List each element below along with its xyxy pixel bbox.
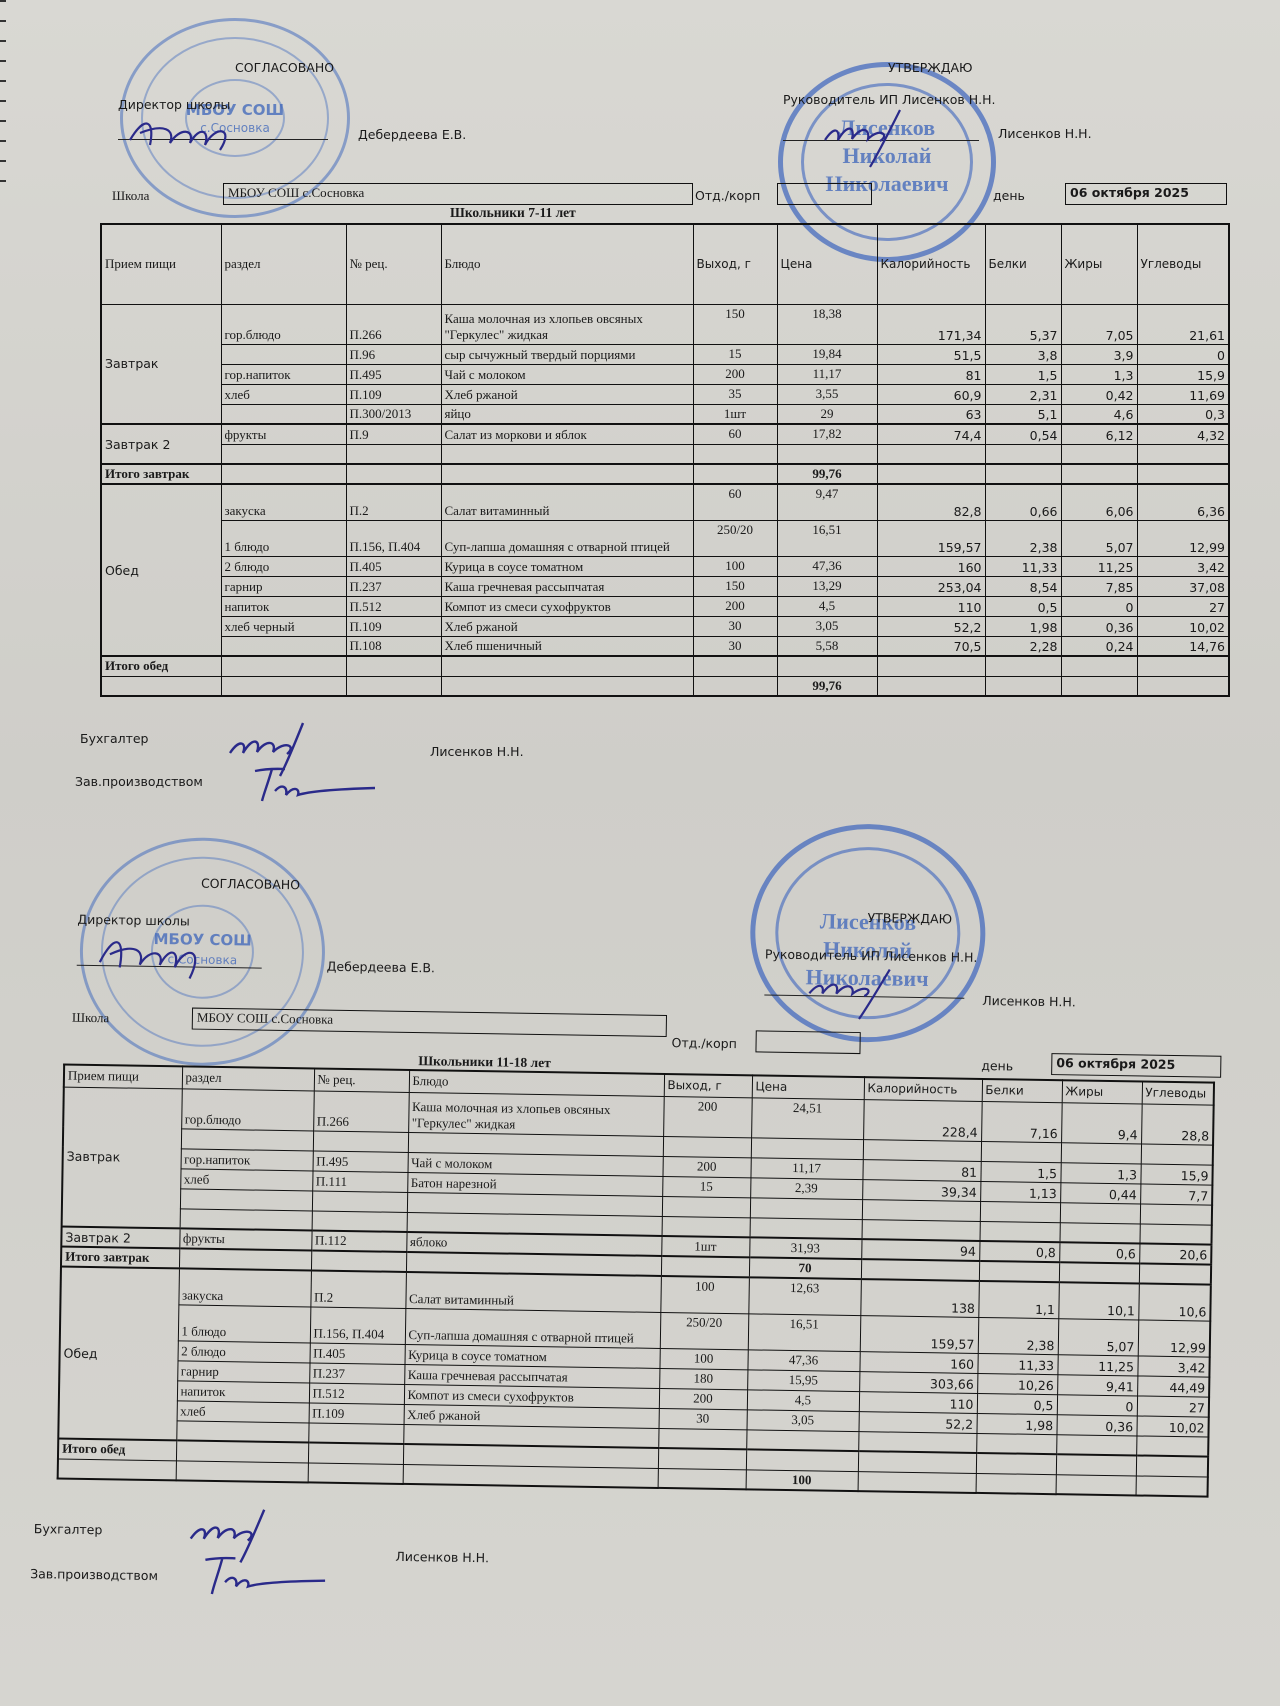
cell-yield: 15	[662, 1176, 750, 1197]
table-row: ОбедзакускаП.2Салат витаминный609,4782,8…	[101, 484, 1229, 520]
column-header: Цена	[777, 224, 877, 304]
lunch-total-label: Итого обед	[101, 656, 221, 676]
cell-kcal: 81	[862, 1159, 980, 1181]
cell-price: 17,82	[777, 424, 877, 444]
accountant-name: Лисенков Н.Н.	[430, 744, 524, 759]
cell-recipe: П.495	[346, 364, 441, 384]
cell-section: закуска	[221, 484, 346, 520]
column-header: Углеводы	[1137, 224, 1229, 304]
cell-section: 2 блюдо	[221, 556, 346, 576]
cell-yield: 250/20	[693, 520, 777, 556]
empty-cell	[1061, 676, 1137, 696]
head-name: Лисенков Н.Н.	[982, 993, 1076, 1009]
cell-kcal: 138	[860, 1279, 979, 1317]
accountant-label: Бухгалтер	[34, 1521, 103, 1537]
cell-recipe: П.109	[346, 616, 441, 636]
cell-price: 19,84	[777, 344, 877, 364]
cell-carbs: 28,8	[1141, 1103, 1214, 1144]
cell-kcal	[877, 444, 985, 464]
ip-stamp-line1: Лисенков	[783, 115, 991, 141]
empty-cell	[1137, 656, 1229, 676]
empty-cell	[693, 656, 777, 676]
table-row: гарнирП.237Каша гречневая рассыпчатая150…	[101, 576, 1229, 596]
production-signature	[200, 1552, 331, 1599]
cell-kcal: 253,04	[877, 576, 985, 596]
column-header: Белки	[982, 1079, 1062, 1102]
cell-carbs: 7,7	[1140, 1183, 1212, 1204]
day-value: 06 октября 2025	[1070, 185, 1189, 200]
empty-cell	[308, 1462, 403, 1483]
cell-yield: 30	[659, 1408, 747, 1429]
empty-cell	[985, 464, 1061, 484]
director-signature	[125, 105, 245, 155]
cell-protein: 0,5	[985, 596, 1061, 616]
cell-section: гор.блюдо	[221, 304, 346, 344]
cell-price: 16,51	[748, 1313, 861, 1351]
cell-protein	[981, 1141, 1061, 1162]
cell-section: хлеб	[221, 384, 346, 404]
cell-dish: Компот из смеси сухофруктов	[441, 596, 693, 616]
director-label: Директор школы	[118, 97, 230, 112]
empty-cell	[1056, 1474, 1136, 1495]
cell-yield: 1шт	[693, 404, 777, 424]
lunch-total-price: 100	[746, 1469, 858, 1491]
head-label: Руководитель ИП Лисенков Н.Н.	[765, 947, 978, 965]
cell-carbs: 27	[1137, 1395, 1209, 1416]
cell-price: 5,58	[777, 636, 877, 656]
day-label: день	[993, 188, 1025, 203]
cell-section: хлеб	[180, 1168, 312, 1190]
table-row: 1 блюдоП.156, П.404Суп-лапша домашняя с …	[101, 520, 1229, 556]
cell-protein: 5,1	[985, 404, 1061, 424]
lunch-total-label: Итого обед	[58, 1439, 176, 1461]
empty-cell	[976, 1473, 1056, 1494]
cell-kcal: 228,4	[863, 1099, 982, 1141]
column-header: № рец.	[346, 224, 441, 304]
cell-price: 3,05	[747, 1409, 859, 1431]
empty-cell	[1137, 676, 1229, 696]
cell-kcal: 74,4	[877, 424, 985, 444]
cell-price: 4,5	[777, 596, 877, 616]
cell-fat: 0,44	[1060, 1182, 1140, 1203]
cell-price	[751, 1137, 863, 1159]
cell-carbs: 3,42	[1137, 1355, 1209, 1376]
cell-section: напиток	[177, 1380, 309, 1402]
cell-section: гарнир	[177, 1360, 309, 1382]
cell-kcal	[858, 1431, 976, 1453]
cell-protein: 1,5	[985, 364, 1061, 384]
cell-fat: 1,3	[1061, 364, 1137, 384]
ip-stamp: Лисенков Николай Николаевич	[749, 822, 987, 1044]
agreed-label: СОГЛАСОВАНО	[201, 876, 300, 893]
cell-recipe: П.109	[346, 384, 441, 404]
cell-fat: 7,85	[1061, 576, 1137, 596]
cell-fat: 9,4	[1061, 1102, 1142, 1143]
cell-section	[221, 344, 346, 364]
school-label: Школа	[112, 188, 149, 204]
column-header: раздел	[221, 224, 346, 304]
cell-carbs: 10,02	[1137, 616, 1229, 636]
cell-fat: 3,9	[1061, 344, 1137, 364]
table-row: Завтракгор.блюдоП.266Каша молочная из хл…	[101, 304, 1229, 344]
cell-price: 18,38	[777, 304, 877, 344]
dept-field[interactable]	[777, 183, 872, 205]
accountant-signature	[185, 1504, 296, 1566]
school-label: Школа	[72, 1010, 110, 1027]
cell-carbs: 10,6	[1138, 1283, 1211, 1320]
cell-section	[181, 1128, 313, 1150]
cell-fat: 0,36	[1056, 1414, 1136, 1435]
cell-dish: Чай с молоком	[441, 364, 693, 384]
head-label: Руководитель ИП Лисенков Н.Н.	[783, 92, 995, 107]
cell-protein: 1,1	[978, 1281, 1059, 1318]
cell-protein: 10,26	[977, 1373, 1057, 1394]
cell-price: 47,36	[747, 1349, 859, 1371]
agreed-label: СОГЛАСОВАНО	[235, 60, 334, 75]
table-row: П.300/2013яйцо1шт29635,14,60,3	[101, 404, 1229, 424]
cell-carbs: 12,99	[1138, 1319, 1211, 1356]
cell-yield: 100	[660, 1276, 749, 1313]
column-header: Прием пищи	[64, 1065, 182, 1089]
school-stamp: МБОУ СОШ с.Сосновка	[78, 836, 327, 1068]
breakfast-total-price: 70	[749, 1257, 861, 1279]
cell-carbs: 4,32	[1137, 424, 1229, 444]
menu-table-7-11: Прием пищираздел№ рец.БлюдоВыход, гЦенаК…	[100, 223, 1230, 697]
empty-cell	[221, 464, 346, 484]
cell-price: 11,17	[777, 364, 877, 384]
cell-kcal: 52,2	[877, 616, 985, 636]
cell-protein: 11,33	[985, 556, 1061, 576]
cell-dish: Хлеб ржаной	[441, 384, 693, 404]
cell-protein: 5,37	[985, 304, 1061, 344]
approve-label: УТВЕРЖДАЮ	[867, 910, 952, 926]
empty-cell	[858, 1451, 976, 1473]
empty-cell	[877, 656, 985, 676]
empty-cell	[985, 656, 1061, 676]
school-field[interactable]: МБОУ СОШ с.Сосновка	[192, 1008, 667, 1037]
cell-yield: 1шт	[661, 1236, 749, 1257]
ip-stamp-line3: Николаевич	[754, 963, 979, 993]
cell-carbs: 6,36	[1137, 484, 1229, 520]
cell-recipe	[312, 1210, 407, 1231]
cell-yield: 30	[693, 616, 777, 636]
cell-recipe: П.156, П.404	[346, 520, 441, 556]
cell-dish: Каша молочная из хлопьев овсяных "Геркул…	[441, 304, 693, 344]
cell-fat	[1061, 444, 1137, 464]
menu-title: Школьники 7-11 лет	[450, 205, 576, 221]
cell-carbs: 12,99	[1137, 520, 1229, 556]
cell-dish: Суп-лапша домашняя с отварной птицей	[405, 1308, 661, 1348]
accountant-signature	[225, 718, 335, 778]
table-row: П.108Хлеб пшеничный305,5870,52,280,2414,…	[101, 636, 1229, 656]
cell-recipe: П.495	[313, 1150, 408, 1171]
cell-fat: 0,42	[1061, 384, 1137, 404]
cell-fat: 0,36	[1061, 616, 1137, 636]
accountant-name: Лисенков Н.Н.	[395, 1549, 489, 1565]
cell-fat	[1056, 1434, 1136, 1455]
day-label: день	[981, 1058, 1013, 1073]
cell-carbs: 14,76	[1137, 636, 1229, 656]
cell-kcal: 303,66	[859, 1371, 977, 1393]
cell-section: закуска	[178, 1268, 311, 1306]
column-header: № рец.	[314, 1068, 409, 1091]
table-row: гор.напитокП.495Чай с молоком20011,17811…	[101, 364, 1229, 384]
cell-fat: 0	[1061, 596, 1137, 616]
director-signature	[94, 922, 215, 984]
cell-recipe: П.9	[346, 424, 441, 444]
column-header: Белки	[985, 224, 1061, 304]
cell-recipe: П.112	[311, 1230, 406, 1251]
cell-section	[180, 1208, 312, 1230]
cell-protein: 0,5	[977, 1393, 1057, 1414]
cell-price	[746, 1429, 858, 1451]
empty-cell	[976, 1453, 1056, 1474]
table-row: хлеб черныйП.109Хлеб ржаной303,0552,21,9…	[101, 616, 1229, 636]
cell-dish: Хлеб ржаной	[441, 616, 693, 636]
dept-label: Отд./корп	[695, 188, 760, 203]
empty-cell	[58, 1459, 176, 1481]
breakfast-total-row: Итого завтрак99,76	[101, 464, 1229, 484]
column-header: Калорийность	[877, 224, 985, 304]
cell-protein: 0,8	[979, 1241, 1059, 1262]
cell-fat: 6,12	[1061, 424, 1137, 444]
cell-protein	[976, 1433, 1056, 1454]
empty-cell	[308, 1442, 403, 1463]
cell-carbs: 27	[1137, 596, 1229, 616]
cell-kcal: 82,8	[877, 484, 985, 520]
school-stamp-line2: с.Сосновка	[123, 121, 347, 135]
day-field[interactable]: 06 октября 2025	[1065, 183, 1227, 205]
cell-yield: 200	[693, 596, 777, 616]
table-row: 2 блюдоП.405Курица в соусе томатном10047…	[101, 556, 1229, 576]
column-header: раздел	[182, 1066, 314, 1090]
cell-carbs: 37,08	[1137, 576, 1229, 596]
breakfast-total-price: 99,76	[777, 464, 877, 484]
cell-yield: 100	[659, 1348, 747, 1369]
cell-protein: 3,8	[985, 344, 1061, 364]
school-value: МБОУ СОШ с.Сосновка	[228, 185, 364, 200]
cell-yield: 200	[659, 1388, 747, 1409]
cell-kcal: 70,5	[877, 636, 985, 656]
cell-recipe: П.300/2013	[346, 404, 441, 424]
cell-protein: 2,31	[985, 384, 1061, 404]
cell-section	[221, 636, 346, 656]
cell-kcal: 52,2	[859, 1411, 977, 1433]
menu-sheet-11-18: МБОУ СОШ с.Сосновка СОГЛАСОВАНО Директор…	[7, 811, 1280, 831]
empty-cell	[979, 1261, 1059, 1282]
cell-fat	[1061, 1142, 1141, 1163]
meal-label: Завтрак 2	[61, 1227, 179, 1249]
cell-carbs: 20,6	[1139, 1243, 1211, 1264]
cell-fat: 10,1	[1058, 1282, 1139, 1319]
lunch-total-price-row: 99,76	[101, 676, 1229, 696]
cell-kcal: 160	[859, 1351, 977, 1373]
meal-label: Завтрак	[101, 304, 221, 424]
cell-price: 4,5	[747, 1389, 859, 1411]
empty-cell	[1136, 1455, 1208, 1476]
table-row	[101, 444, 1229, 464]
cell-price: 47,36	[777, 556, 877, 576]
empty-cell	[1136, 1475, 1208, 1496]
meal-label: Обед	[101, 484, 221, 656]
cell-price: 3,05	[777, 616, 877, 636]
cell-protein: 1,13	[980, 1181, 1060, 1202]
director-name: Дебердеева Е.В.	[327, 959, 435, 976]
cell-price: 9,47	[777, 484, 877, 520]
school-value: МБОУ СОШ с.Сосновка	[197, 1010, 333, 1027]
accountant-label: Бухгалтер	[80, 731, 149, 746]
cell-carbs: 44,49	[1137, 1375, 1209, 1396]
cell-dish: Суп-лапша домашняя с отварной птицей	[441, 520, 693, 556]
cell-section	[221, 444, 346, 464]
cell-recipe: П.2	[310, 1270, 406, 1307]
cell-carbs	[1139, 1223, 1211, 1244]
approve-label: УТВЕРЖДАЮ	[888, 60, 973, 75]
cell-price: 16,51	[777, 520, 877, 556]
production-label: Зав.производством	[30, 1566, 158, 1583]
cell-yield: 200	[663, 1096, 752, 1137]
cell-section: 1 блюдо	[221, 520, 346, 556]
cell-dish: сыр сычужный твердый порциями	[441, 344, 693, 364]
cell-fat: 7,05	[1061, 304, 1137, 344]
cell-price	[777, 444, 877, 464]
cell-fat: 0	[1057, 1394, 1137, 1415]
column-header: Выход, г	[664, 1074, 752, 1097]
cell-yield: 100	[693, 556, 777, 576]
empty-cell	[441, 676, 693, 696]
cell-carbs: 11,69	[1137, 384, 1229, 404]
cell-protein: 2,28	[985, 636, 1061, 656]
cell-yield: 150	[693, 576, 777, 596]
column-header: Выход, г	[693, 224, 777, 304]
production-label: Зав.производством	[75, 774, 203, 789]
cell-yield	[663, 1136, 751, 1157]
cell-recipe: П.512	[309, 1382, 404, 1403]
empty-cell	[661, 1256, 749, 1277]
cell-kcal: 110	[877, 596, 985, 616]
school-field[interactable]: МБОУ СОШ с.Сосновка	[223, 183, 693, 205]
empty-cell	[176, 1460, 308, 1482]
cell-protein: 2,38	[978, 1317, 1059, 1354]
cell-recipe: П.405	[310, 1342, 405, 1363]
cell-protein	[980, 1201, 1060, 1222]
column-header: Блюдо	[441, 224, 693, 304]
empty-cell	[1061, 464, 1137, 484]
empty-cell	[746, 1449, 858, 1471]
column-header: Жиры	[1061, 224, 1137, 304]
cell-recipe: П.96	[346, 344, 441, 364]
cell-price	[750, 1197, 862, 1219]
cell-kcal: 60,9	[877, 384, 985, 404]
cell-recipe: П.237	[346, 576, 441, 596]
cell-section: гор.напиток	[181, 1148, 313, 1170]
cell-section	[221, 404, 346, 424]
day-field[interactable]: 06 октября 2025	[1051, 1053, 1221, 1078]
empty-cell	[346, 676, 441, 696]
empty-cell	[1056, 1454, 1136, 1475]
day-value: 06 октября 2025	[1056, 1055, 1175, 1072]
cell-dish: Салат витаминный	[405, 1272, 661, 1312]
cell-fat: 5,07	[1058, 1318, 1139, 1355]
head-name: Лисенков Н.Н.	[998, 126, 1092, 141]
empty-cell	[1137, 464, 1229, 484]
cell-protein	[985, 444, 1061, 464]
cell-yield: 250/20	[660, 1312, 749, 1349]
cell-yield	[658, 1428, 746, 1449]
empty-cell	[441, 464, 693, 484]
cell-carbs	[1137, 444, 1229, 464]
lunch-total-price: 99,76	[777, 676, 877, 696]
column-header: Прием пищи	[101, 224, 221, 304]
cell-recipe: П.266	[313, 1090, 409, 1131]
column-header: Жиры	[1062, 1080, 1142, 1103]
cell-protein: 7,16	[981, 1101, 1062, 1142]
cell-price	[750, 1217, 862, 1239]
cell-kcal: 110	[859, 1391, 977, 1413]
cell-dish: Салат из моркови и яблок	[441, 424, 693, 444]
cell-section: фрукты	[179, 1228, 311, 1250]
cell-section: гарнир	[221, 576, 346, 596]
ip-stamp-line2: Николай	[783, 143, 991, 169]
cell-carbs: 10,02	[1136, 1415, 1208, 1436]
cell-protein: 2,38	[985, 520, 1061, 556]
empty-cell	[441, 656, 693, 676]
cell-fat: 11,25	[1061, 556, 1137, 576]
empty-cell	[176, 1440, 308, 1462]
empty-cell	[861, 1259, 979, 1281]
empty-cell	[101, 676, 221, 696]
dept-field[interactable]	[755, 1030, 860, 1054]
meal-label: Обед	[58, 1267, 179, 1441]
cell-fat: 5,07	[1061, 520, 1137, 556]
table-row: П.96сыр сычужный твердый порциями1519,84…	[101, 344, 1229, 364]
dept-label: Отд./корп	[671, 1035, 736, 1051]
cell-kcal: 81	[877, 364, 985, 384]
cell-kcal	[863, 1139, 981, 1161]
cell-recipe: П.512	[346, 596, 441, 616]
empty-cell	[1059, 1262, 1139, 1283]
cell-section	[180, 1188, 312, 1210]
cell-section: фрукты	[221, 424, 346, 444]
cell-fat: 9,41	[1057, 1374, 1137, 1395]
cell-dish: Каша молочная из хлопьев овсяных "Геркул…	[408, 1092, 664, 1136]
empty-cell	[985, 676, 1061, 696]
cell-kcal	[862, 1219, 980, 1241]
table-row: напитокП.512Компот из смеси сухофруктов2…	[101, 596, 1229, 616]
cell-dish: Курица в соусе томатном	[441, 556, 693, 576]
column-header: Цена	[752, 1075, 864, 1099]
cell-section	[176, 1420, 308, 1442]
cell-section: гор.напиток	[221, 364, 346, 384]
empty-cell	[1061, 656, 1137, 676]
cell-price: 29	[777, 404, 877, 424]
cell-protein: 8,54	[985, 576, 1061, 596]
meal-label: Завтрак 2	[101, 424, 221, 464]
cell-price: 11,17	[750, 1157, 862, 1179]
cell-yield: 30	[693, 636, 777, 656]
empty-cell	[693, 464, 777, 484]
cell-fat: 0,24	[1061, 636, 1137, 656]
cell-carbs	[1140, 1203, 1212, 1224]
cell-kcal: 94	[861, 1239, 979, 1261]
cell-recipe	[308, 1422, 403, 1443]
meal-label: Завтрак	[62, 1087, 182, 1229]
cell-yield: 200	[662, 1156, 750, 1177]
empty-cell	[221, 656, 346, 676]
cell-recipe: П.109	[309, 1402, 404, 1423]
director-label: Директор школы	[77, 912, 190, 929]
cell-yield	[662, 1216, 750, 1237]
